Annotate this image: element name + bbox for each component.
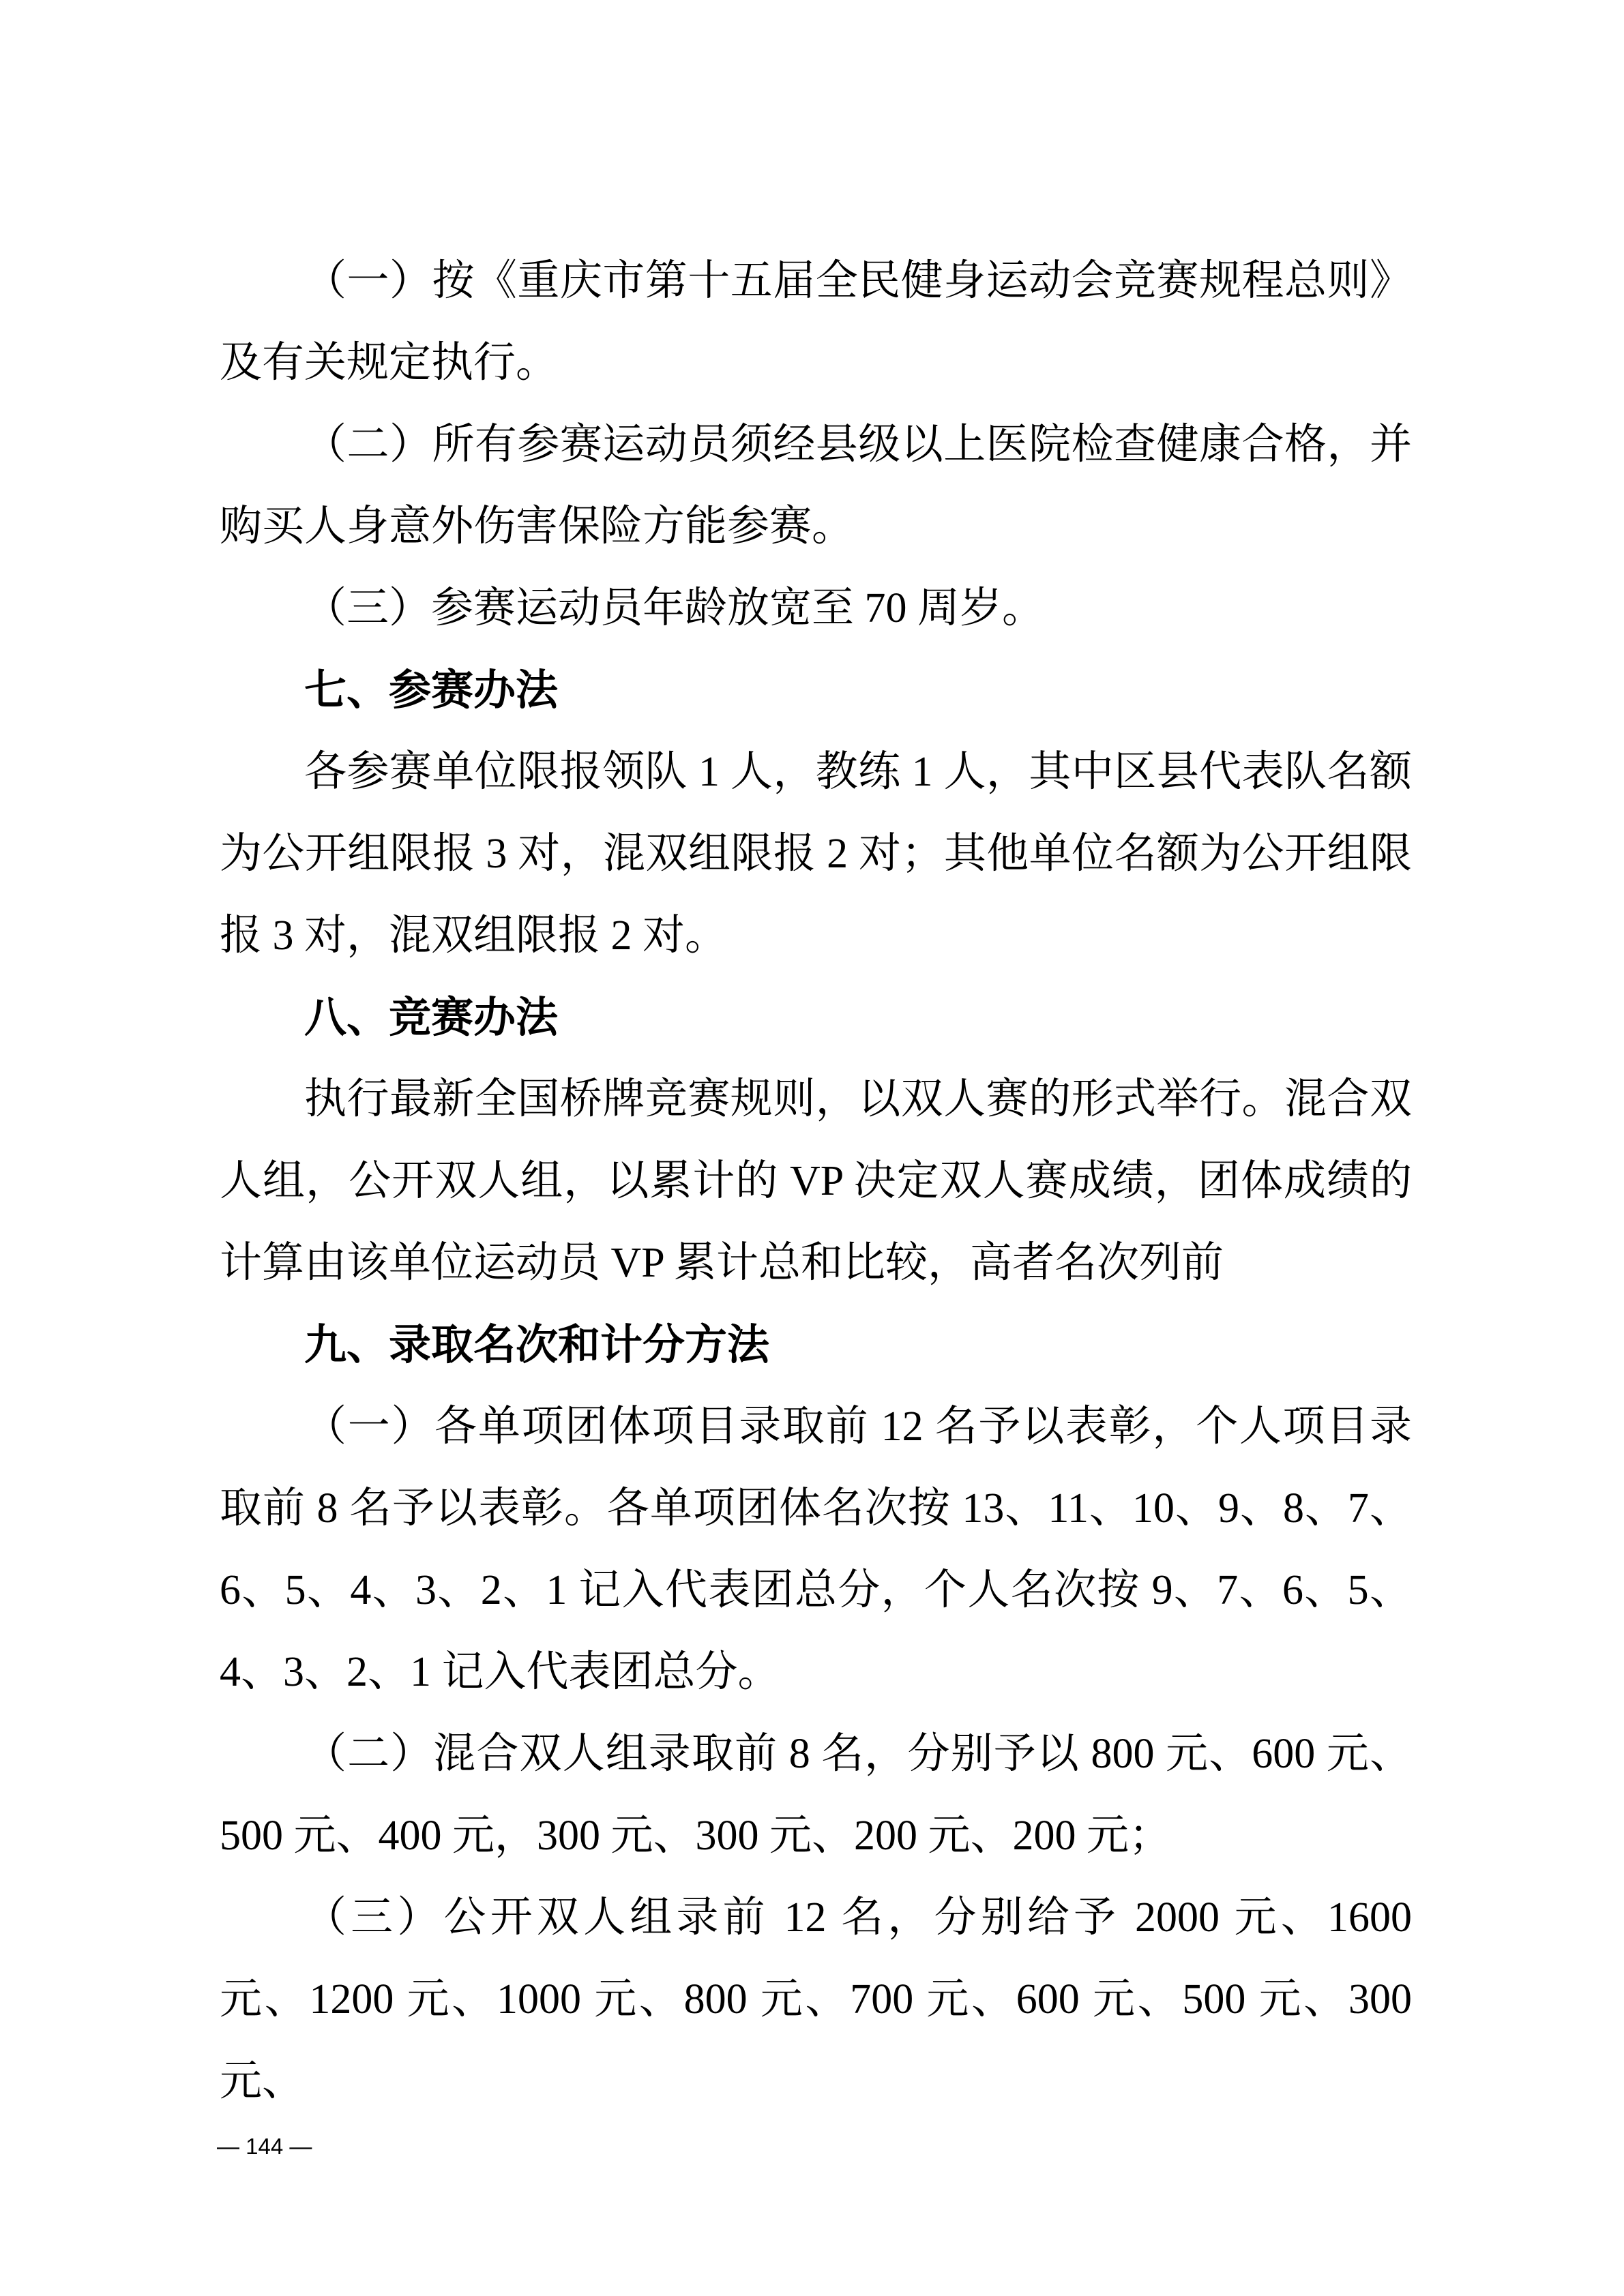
paragraph-mixed-pairs-awards: （二）混合双人组录取前 8 名，分别予以 800 元、600 元、500 元、4… bbox=[220, 1713, 1412, 1877]
paragraph-rule-2: （二）所有参赛运动员须经县级以上医院检查健康合格，并购买人身意外伤害保险方能参赛… bbox=[220, 404, 1412, 567]
paragraph-rule-3: （三）参赛运动员年龄放宽至 70 周岁。 bbox=[220, 567, 1412, 649]
section-heading-7: 七、参赛办法 bbox=[220, 649, 1412, 731]
section-heading-8: 八、竞赛办法 bbox=[220, 976, 1412, 1058]
page-footer-page-number: — 144 — bbox=[217, 2133, 312, 2160]
document-page: （一）按《重庆市第十五届全民健身运动会竞赛规程总则》及有关规定执行。 （二）所有… bbox=[0, 0, 1624, 2296]
section-heading-9: 九、录取名次和计分方法 bbox=[220, 1304, 1412, 1386]
paragraph-rule-1: （一）按《重庆市第十五届全民健身运动会竞赛规程总则》及有关规定执行。 bbox=[220, 240, 1412, 404]
paragraph-entry-method: 各参赛单位限报领队 1 人，教练 1 人，其中区县代表队名额为公开组限报 3 对… bbox=[220, 731, 1412, 976]
document-body: （一）按《重庆市第十五届全民健身运动会竞赛规程总则》及有关规定执行。 （二）所有… bbox=[220, 240, 1412, 2122]
paragraph-ranking-scoring: （一）各单项团体项目录取前 12 名予以表彰，个人项目录取前 8 名予以表彰。各… bbox=[220, 1386, 1412, 1713]
paragraph-competition-method: 执行最新全国桥牌竞赛规则，以双人赛的形式举行。混合双人组，公开双人组，以累计的 … bbox=[220, 1058, 1412, 1304]
paragraph-open-pairs-awards: （三）公开双人组录前 12 名，分别给予 2000 元、1600 元、1200 … bbox=[220, 1877, 1412, 2122]
